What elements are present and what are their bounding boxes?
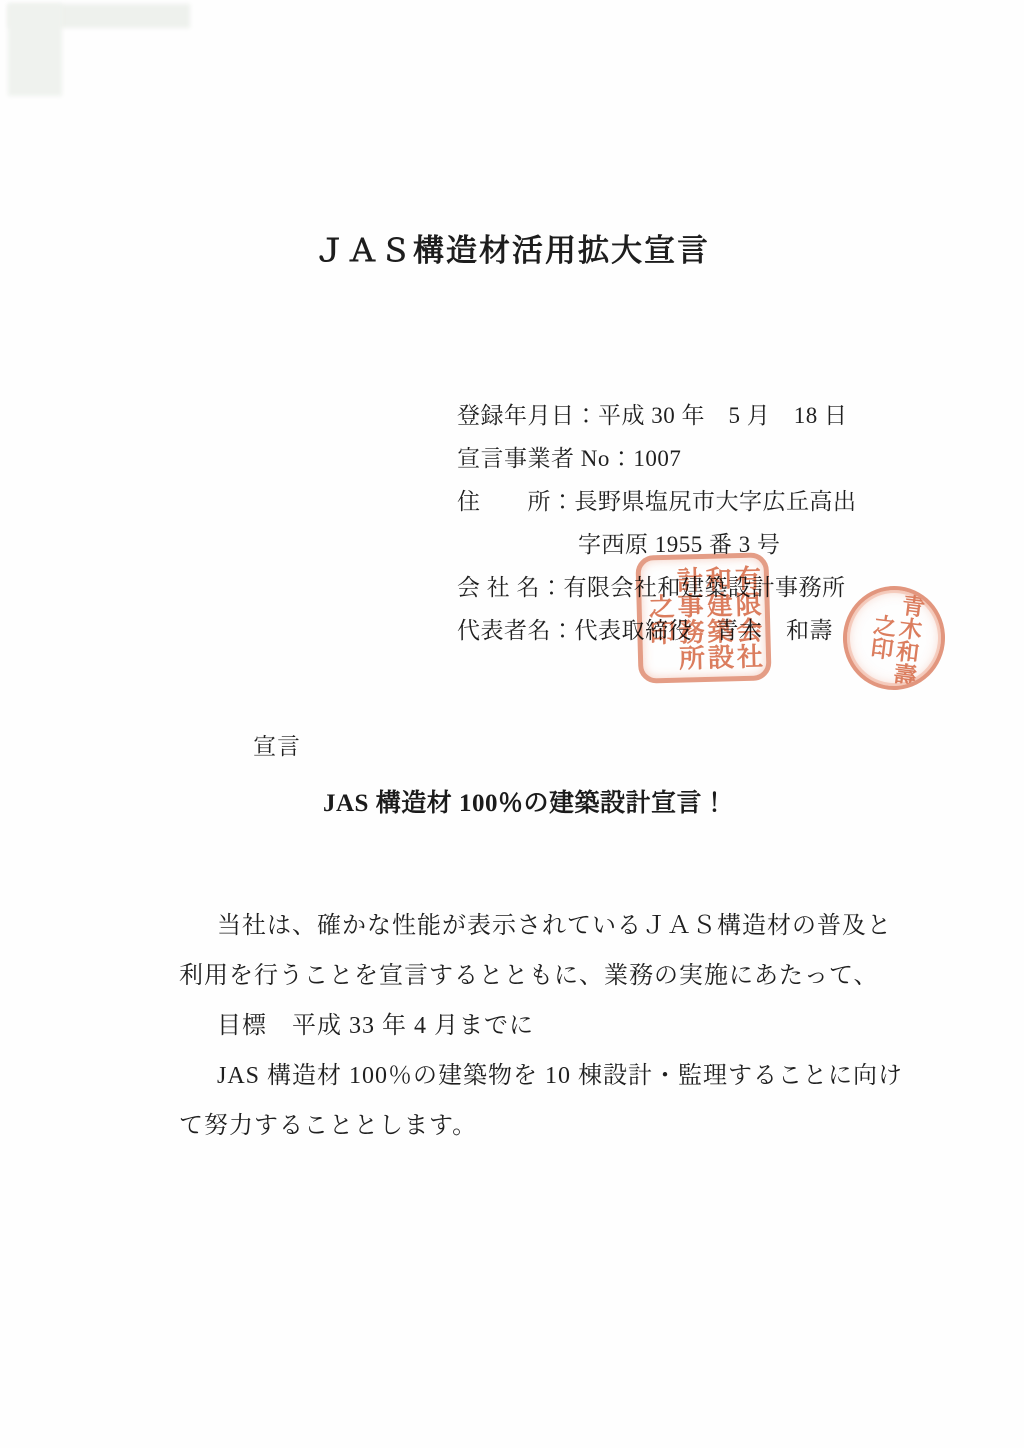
body-line: JAS 構造材 100％の建築物を 10 棟設計・監理することに向け bbox=[179, 1051, 889, 1101]
company-seal-stamp: 有限会社和建築設計事務所之印 bbox=[635, 552, 771, 683]
scan-artifact-vertical bbox=[8, 4, 62, 96]
body-line: 当社は、確かな性能が表示されているＪＡＳ構造材の普及と bbox=[179, 901, 889, 951]
body-line-goal: 目標 平成 33 年 4 月までに bbox=[179, 1001, 889, 1051]
registration-number-line: 宣言事業者 No：1007 bbox=[457, 437, 857, 480]
body-line: 利用を行うことを宣言するとともに、業務の実施にあたって、 bbox=[179, 951, 889, 1001]
declaration-section-label: 宣言 bbox=[253, 728, 301, 761]
address-line-1: 住 所：長野県塩尻市大字広丘高出 bbox=[457, 480, 857, 523]
declaration-headline: JAS 構造材 100％の建築設計宣言！ bbox=[323, 783, 727, 819]
body-line: て努力することとします。 bbox=[179, 1101, 889, 1151]
declaration-body: 当社は、確かな性能が表示されているＪＡＳ構造材の普及と 利用を行うことを宣言する… bbox=[179, 901, 889, 1151]
document-title: ＪＡＳ構造材活用拡大宣言 bbox=[0, 229, 1024, 273]
document-page: { "doc": { "title": "ＪＡＳ構造材活用拡大宣言" }, "r… bbox=[0, 0, 1024, 1448]
registration-date-line: 登録年月日：平成 30 年 5 月 18 日 bbox=[457, 394, 857, 437]
